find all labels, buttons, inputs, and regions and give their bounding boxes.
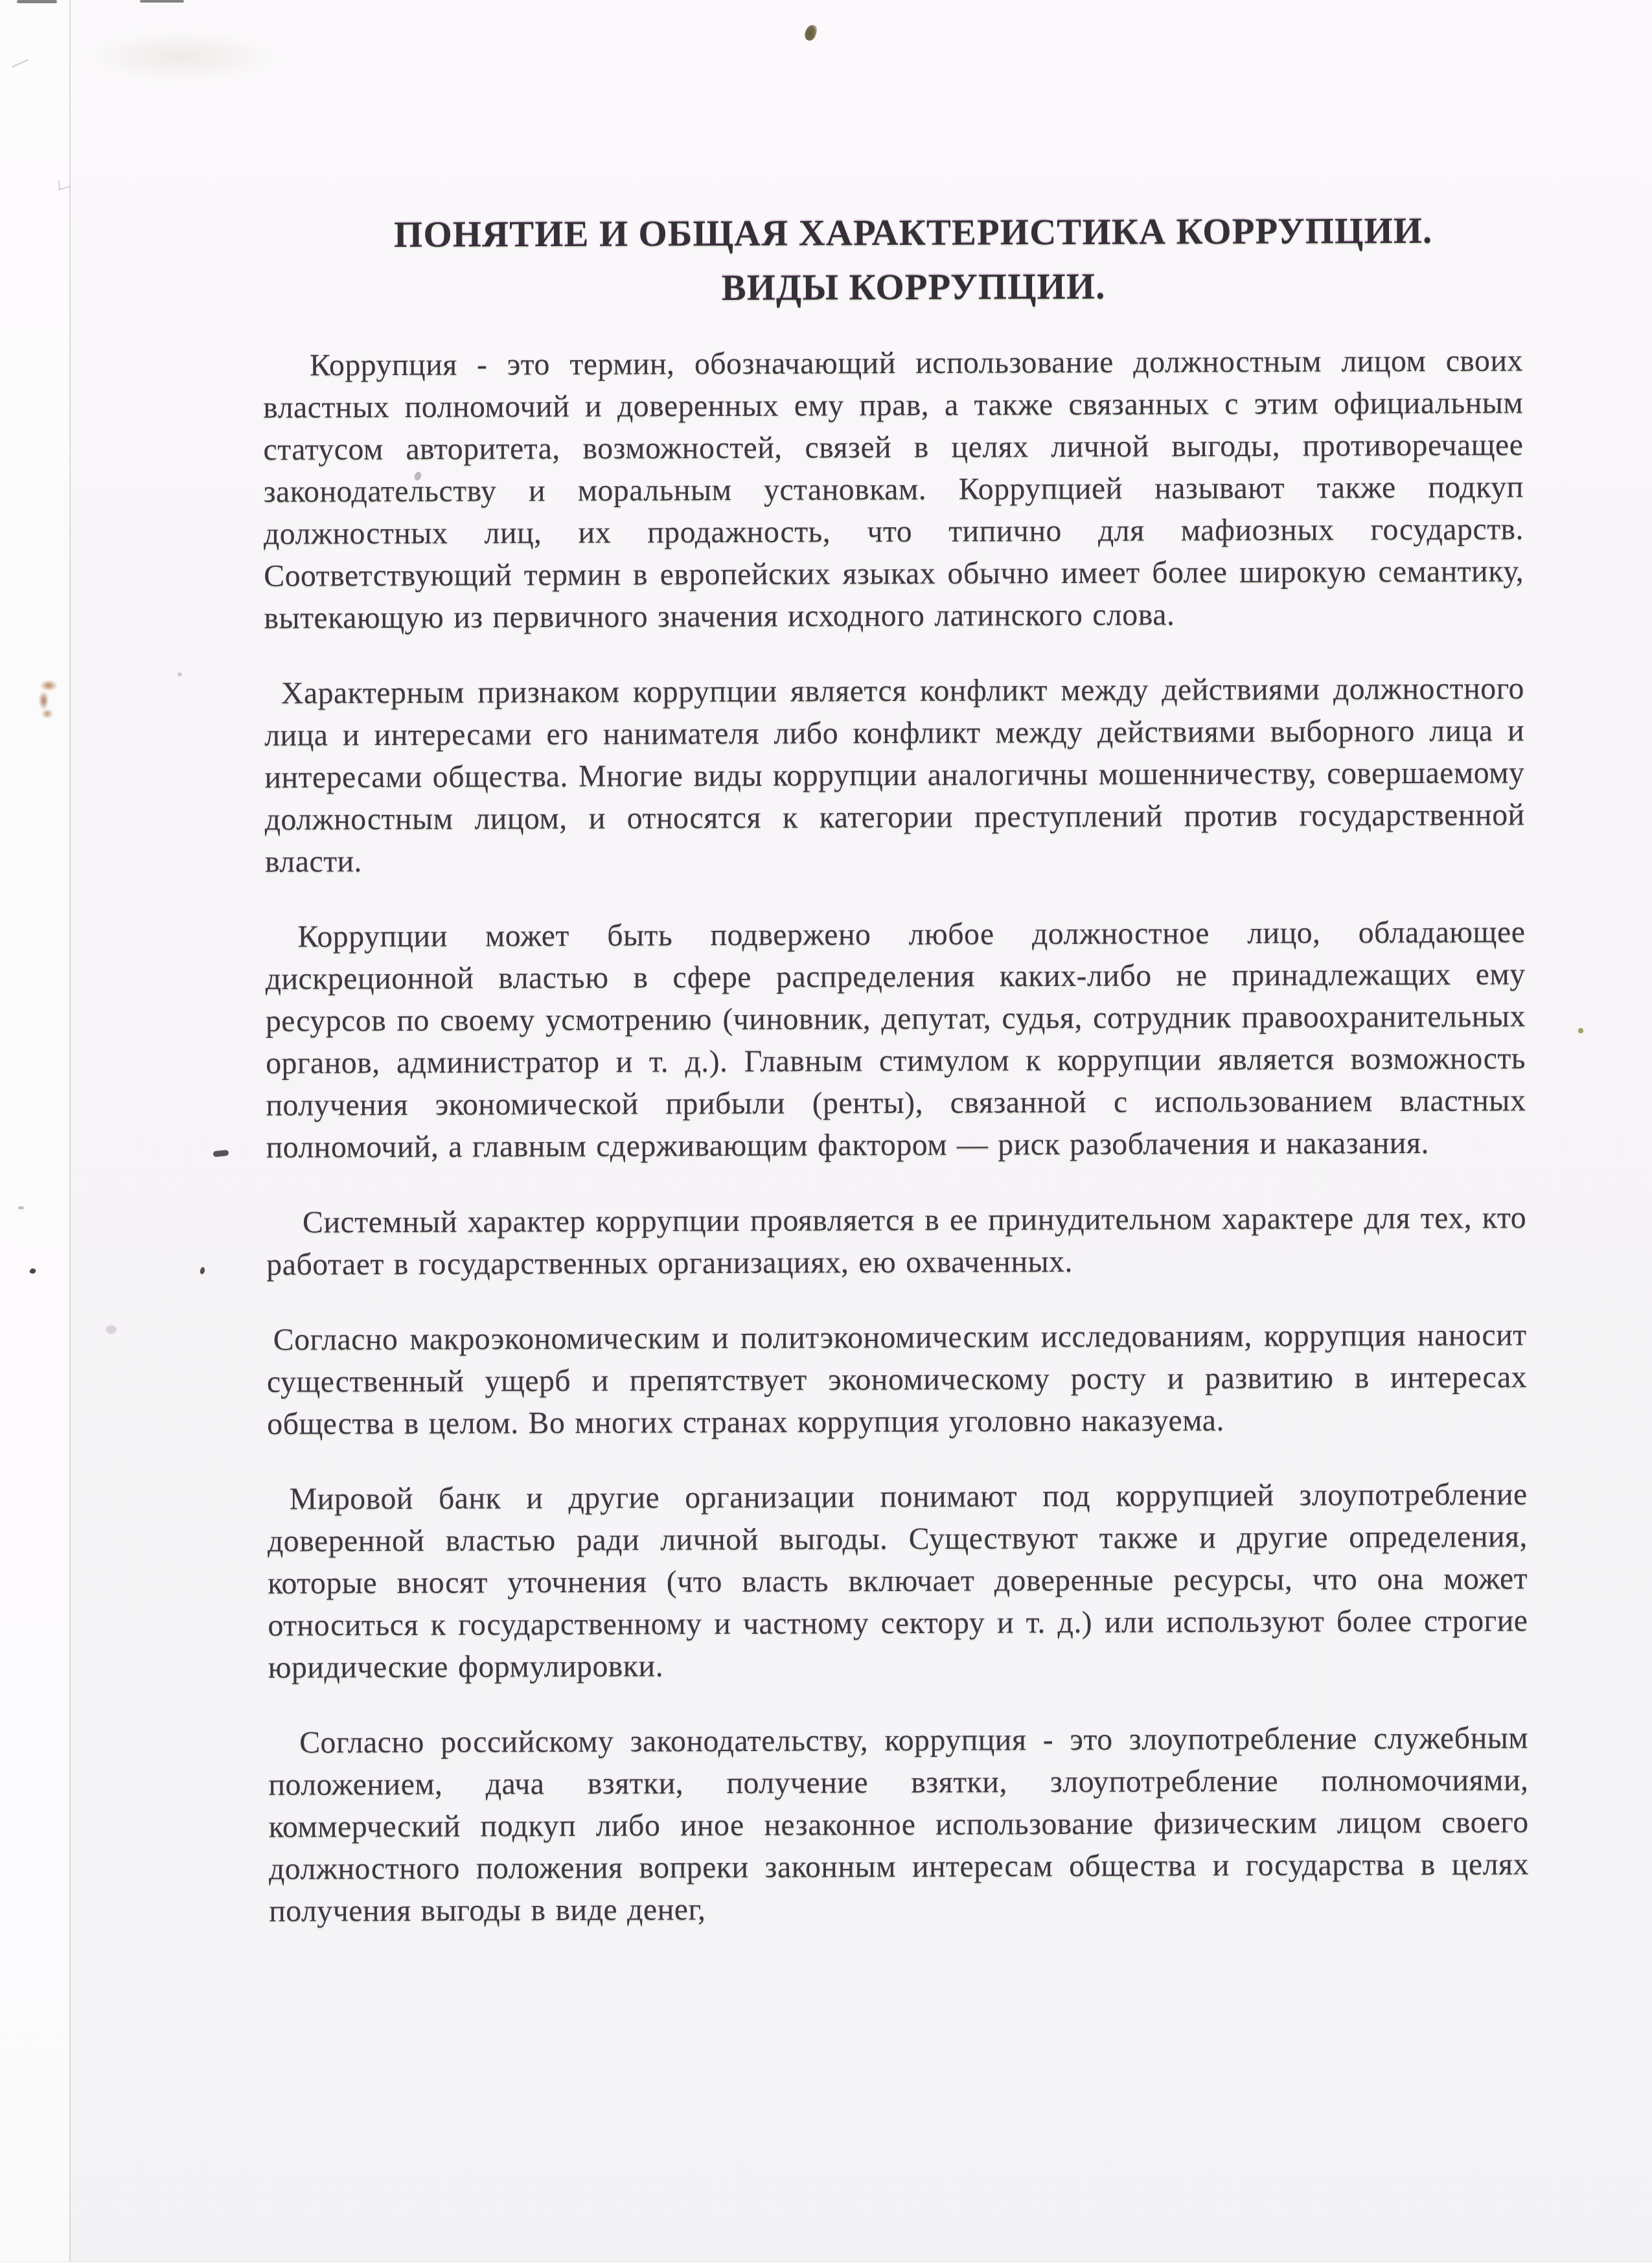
paragraph-3: Коррупции может быть подвержено любое до… [265, 911, 1526, 1168]
paragraph-4: Системный характер коррупции проявляется… [266, 1197, 1526, 1285]
brown-stain [32, 679, 62, 720]
document-title: ПОНЯТИЕ И ОБЩАЯ ХАРАКТЕРИСТИКА КОРРУПЦИИ… [283, 203, 1544, 317]
document-body: Коррупция - это термин, обозначающий исп… [263, 339, 1529, 1932]
paper-fleck [106, 1325, 117, 1334]
paragraph-7: Согласно российскому законодательству, к… [268, 1717, 1529, 1932]
scanned-document-page: ПОНЯТИЕ И ОБЩАЯ ХАРАКТЕРИСТИКА КОРРУПЦИИ… [0, 0, 1652, 2268]
title-line-1: ПОНЯТИЕ И ОБЩАЯ ХАРАКТЕРИСТИКА КОРРУПЦИИ… [283, 203, 1543, 262]
scanner-edge-strip [0, 0, 69, 2268]
ink-speck [1578, 1028, 1583, 1033]
text-block: ПОНЯТИЕ И ОБЩАЯ ХАРАКТЕРИСТИКА КОРРУПЦИИ… [262, 203, 1529, 1965]
ink-speck [803, 23, 818, 42]
ink-speck [200, 1266, 205, 1274]
top-edge-mark [140, 0, 184, 3]
title-line-2: ВИДЫ КОРРУПЦИИ. [283, 258, 1543, 317]
scanner-streak-line [69, 0, 71, 2268]
paragraph-6: Мировой банк и другие организации понима… [268, 1473, 1528, 1688]
top-edge-mark [17, 0, 57, 3]
paragraph-5: Согласно макроэкономическим и политэконо… [267, 1314, 1528, 1445]
paper-fleck [178, 672, 182, 676]
paper-fleck [18, 1206, 24, 1209]
paper-crease [87, 31, 275, 82]
paragraph-2: Характерным признаком коррупции является… [264, 667, 1525, 882]
ink-dash [213, 1150, 229, 1157]
paragraph-1: Коррупция - это термин, обозначающий исп… [263, 339, 1524, 639]
scanner-bottom-edge [0, 2262, 1652, 2268]
